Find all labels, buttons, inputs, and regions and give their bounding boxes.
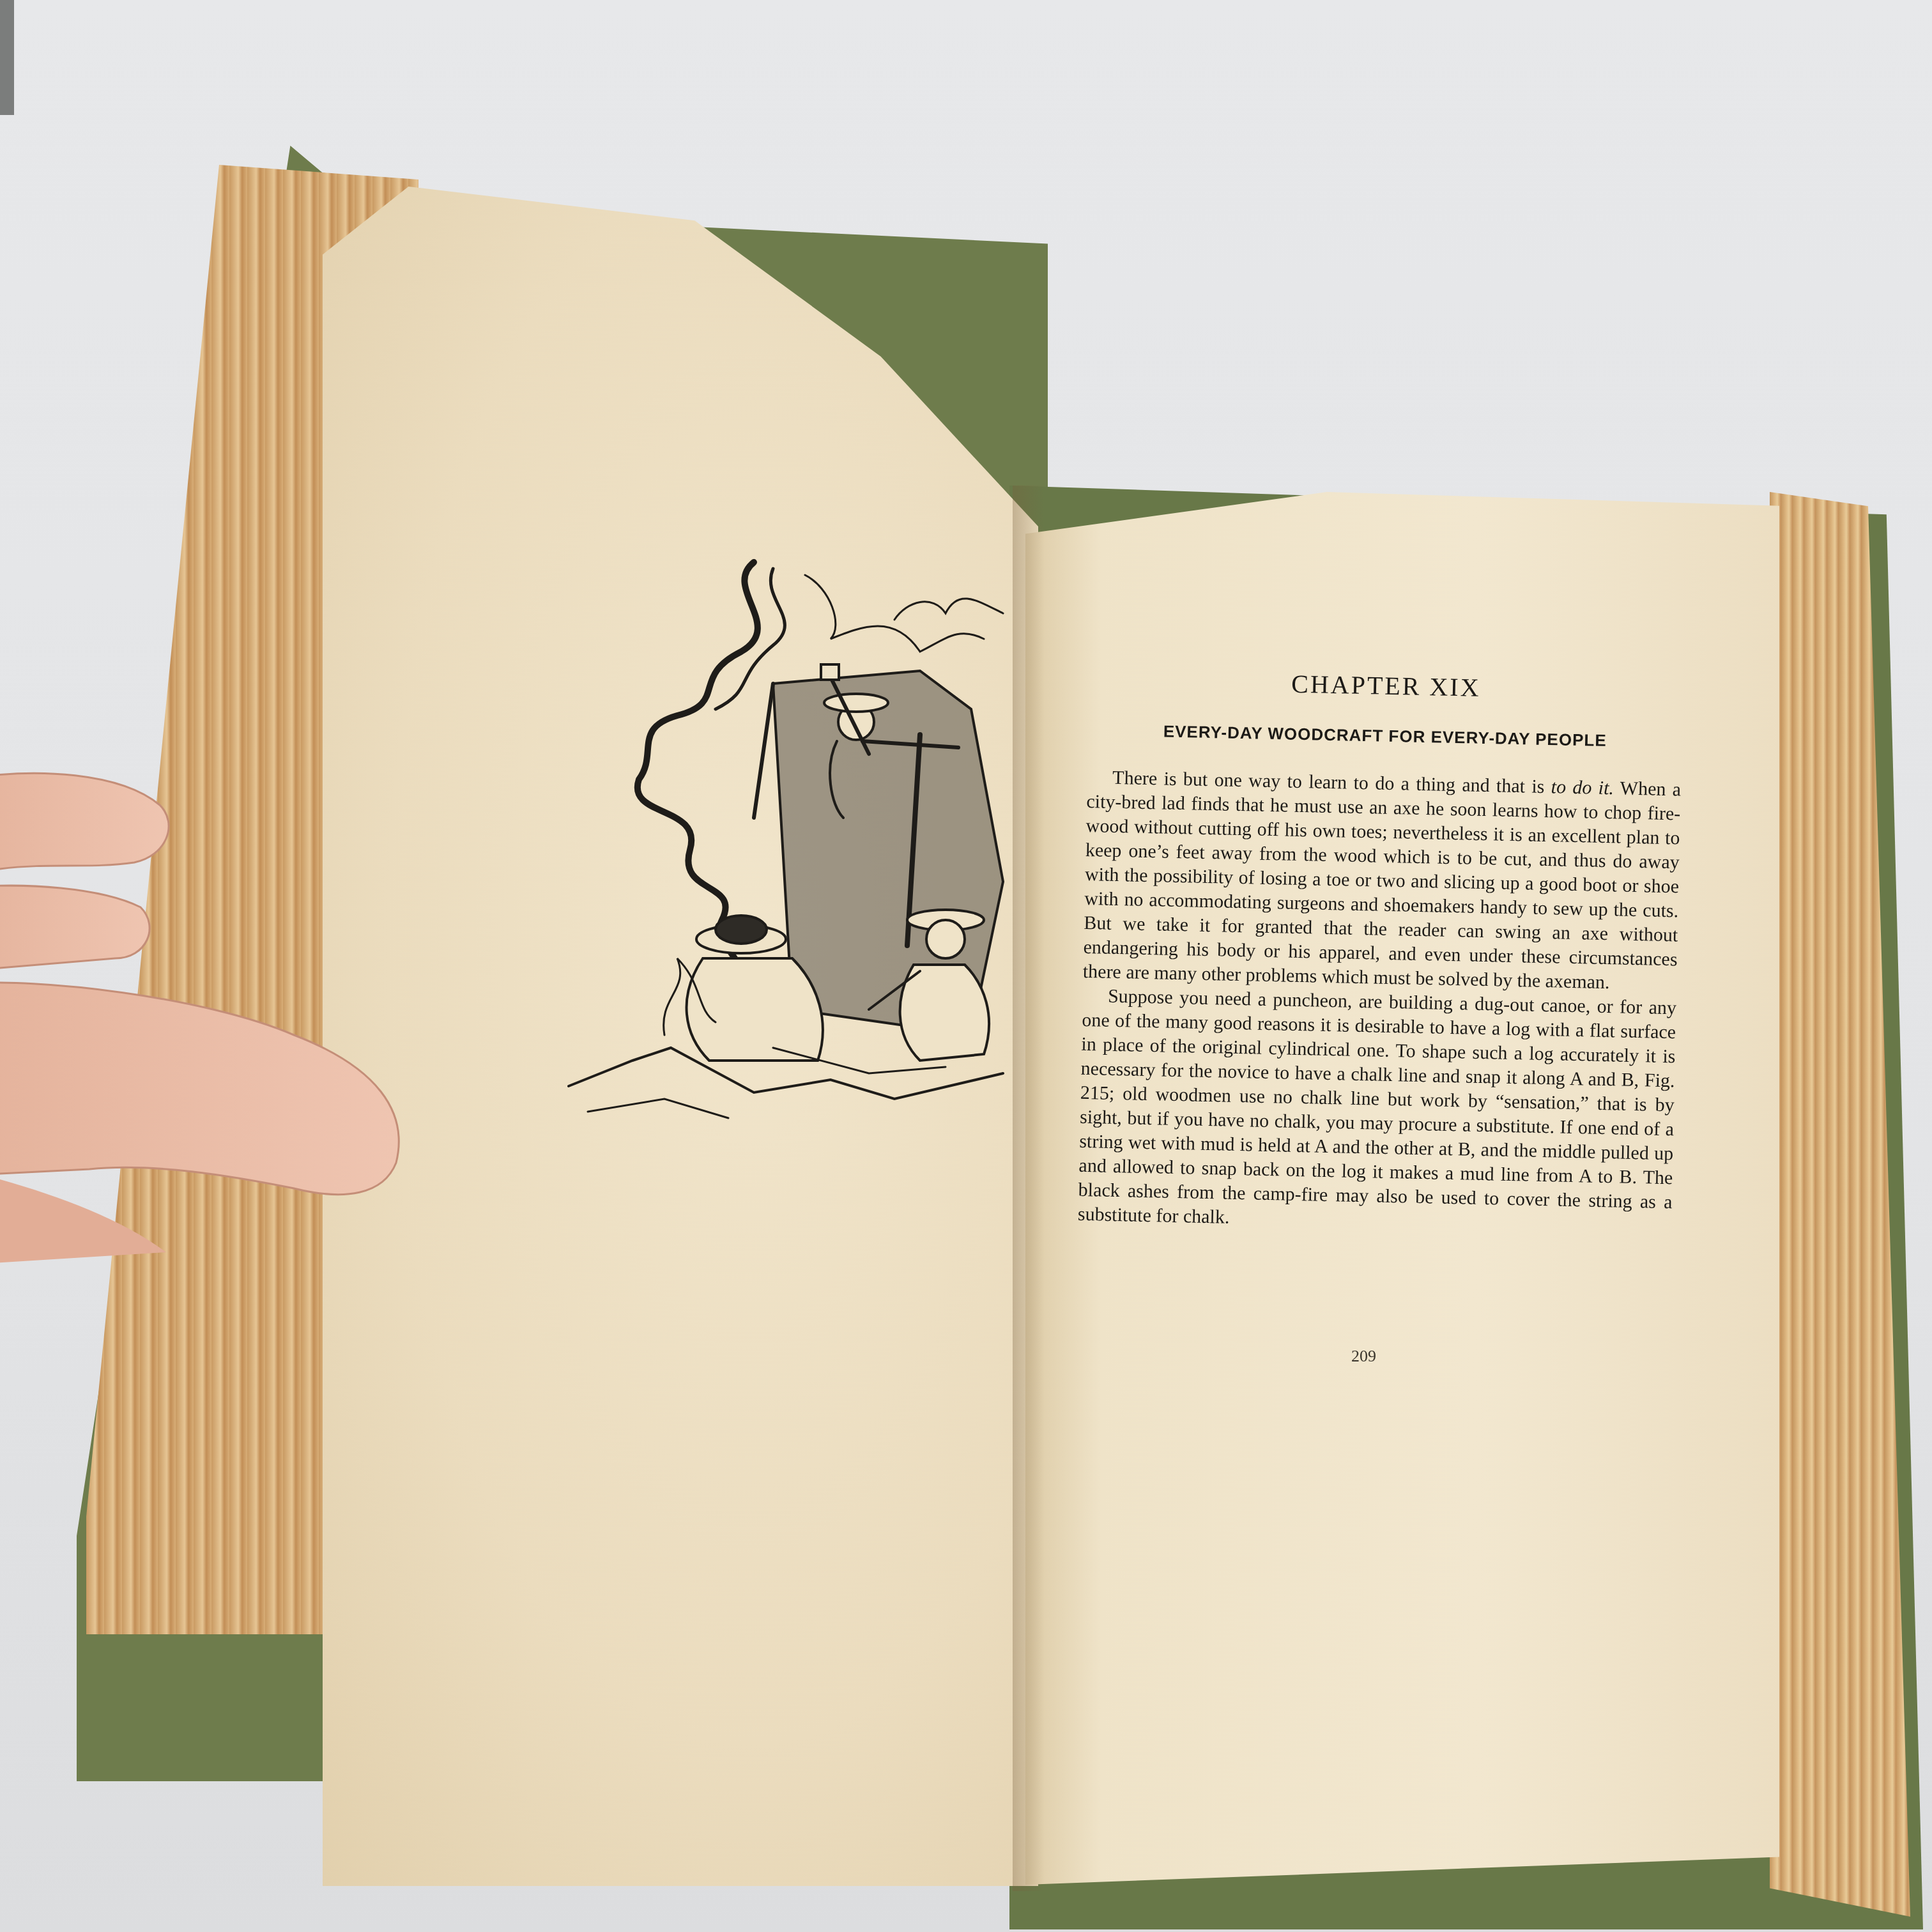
background-object-edge [0, 0, 14, 115]
hand-holding-book [0, 754, 409, 1597]
chapter-title: EVERY-DAY WOODCRAFT FOR EVERY-DAY PEOPLE [1088, 720, 1682, 752]
paragraph-1: There is but one way to learn to do a th… [1083, 765, 1682, 996]
paragraph-2: Suppose you need a puncheon, are buildin… [1078, 984, 1677, 1239]
chapter-text: CHAPTER XIX EVERY-DAY WOODCRAFT FOR EVER… [1078, 664, 1683, 1239]
page-number: 209 [1351, 1347, 1376, 1366]
book-gutter [1013, 486, 1045, 1891]
campfire-illustration [562, 549, 1009, 1124]
